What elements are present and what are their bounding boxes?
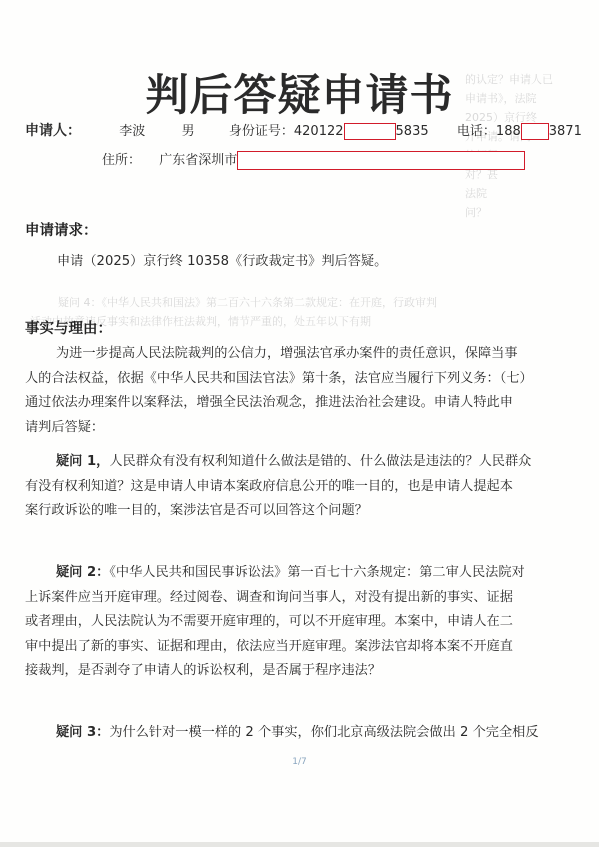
question-line: 或者理由，人民法院认为不需要开庭审理的，可以不开庭审理。本案中，申请人在二 <box>25 610 555 635</box>
question-line: 上诉案件应当开庭审理。经过阅卷、调查和询问当事人，对没有提出新的事实、证据 <box>25 586 555 611</box>
question-2-paragraph: 疑问 2：《中华人民共和国民事诉讼法》第一百七十六条规定：第二审人民法院对 上诉… <box>25 561 555 684</box>
scan-edge <box>0 842 599 847</box>
address-row: 住所： 广东省深圳市 <box>102 149 525 170</box>
request-text: 申请（2025）京行终 10358《行政裁定书》判后答疑。 <box>57 250 387 269</box>
question-2-label: 疑问 2： <box>56 565 109 580</box>
phone-redaction <box>521 123 549 140</box>
question-line: 审中提出了新的事实、证据和理由，依法应当开庭审理。案涉法官却将本案不开庭直 <box>25 635 555 660</box>
intro-line: 请判后答疑： <box>25 416 555 441</box>
document-title: 判后答疑申请书 <box>0 62 599 123</box>
id-suffix: 5835 <box>396 124 429 139</box>
question-1-text: 人民群众有没有权利知道什么做法是错的、什么做法是违法的？人民群众 <box>109 454 531 469</box>
question-line: 接裁判，是否剥夺了申请人的诉讼权利，是否属于程序违法？ <box>25 659 555 684</box>
question-3-text: 为什么针对一模一样的 2 个事实，你们北京高级法院会做出 2 个完全相反 <box>109 725 538 740</box>
document-page: 的认定？申请人已申请书》，法院2025）京行终开申请。请问的解释对？甚法院问？ … <box>0 0 599 847</box>
question-3-paragraph: 疑问 3：为什么针对一模一样的 2 个事实，你们北京高级法院会做出 2 个完全相… <box>25 721 555 746</box>
question-1-label: 疑问 1， <box>56 454 109 469</box>
applicant-label: 申请人： <box>25 123 81 139</box>
applicant-row: 申请人： 李波 男 身份证号：4201225835 电话：1883871 <box>25 120 582 140</box>
intro-line: 通过依法办理案件以案释法，增强全民法治观念，推进法治社会建设。申请人特此申 <box>25 391 555 416</box>
address-redaction <box>237 151 525 170</box>
phone-suffix: 3871 <box>549 124 582 139</box>
question-3-label: 疑问 3： <box>56 725 109 740</box>
facts-intro-paragraph: 为进一步提高人民法院裁判的公信力，增强法官承办案件的责任意识，保障当事 人的合法… <box>25 342 555 440</box>
question-line: 疑问 3：为什么针对一模一样的 2 个事实，你们北京高级法院会做出 2 个完全相… <box>25 721 555 746</box>
applicant-name: 李波 <box>119 124 145 139</box>
address-label: 住所： <box>102 153 141 168</box>
id-redaction <box>344 123 396 140</box>
question-2-text: 《中华人民共和国民事诉讼法》第一百七十六条规定：第二审人民法院对 <box>109 565 524 580</box>
id-label: 身份证号： <box>229 124 294 139</box>
request-heading: 申请请求： <box>25 219 98 240</box>
question-line: 有没有权利知道？这是申请人申请本案政府信息公开的唯一目的，也是申请人提起本 <box>25 475 555 500</box>
question-1-paragraph: 疑问 1，人民群众有没有权利知道什么做法是错的、什么做法是违法的？人民群众 有没… <box>25 450 555 524</box>
facts-heading: 事实与理由： <box>25 317 112 338</box>
id-prefix: 420122 <box>294 124 344 139</box>
question-line: 疑问 1，人民群众有没有权利知道什么做法是错的、什么做法是违法的？人民群众 <box>25 450 555 475</box>
phone-prefix: 188 <box>496 124 521 139</box>
intro-line: 人的合法权益，依据《中华人民共和国法官法》第十条，法官应当履行下列义务：（七） <box>25 367 555 392</box>
applicant-gender: 男 <box>182 124 195 139</box>
intro-line: 为进一步提高人民法院裁判的公信力，增强法官承办案件的责任意识，保障当事 <box>25 342 555 367</box>
question-line: 案行政诉讼的唯一目的，案涉法官是否可以回答这个问题？ <box>25 499 555 524</box>
phone-label: 电话： <box>457 124 496 139</box>
question-line: 疑问 2：《中华人民共和国民事诉讼法》第一百七十六条规定：第二审人民法院对 <box>25 561 555 586</box>
address-value: 广东省深圳市 <box>159 153 237 168</box>
page-number: 1/7 <box>0 757 599 767</box>
